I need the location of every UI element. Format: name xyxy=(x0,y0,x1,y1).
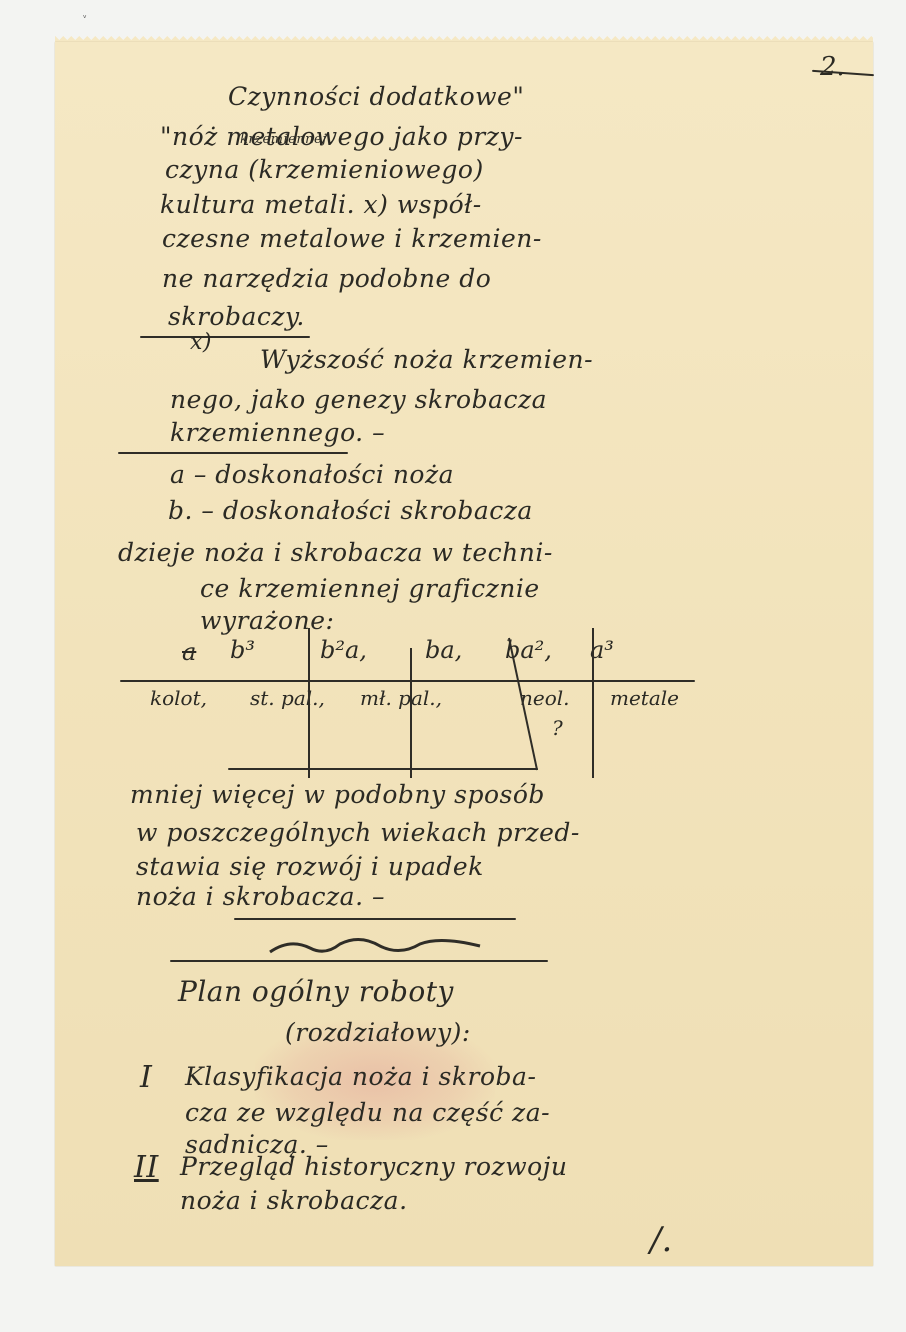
definition-b: b. – doskonałości skrobacza xyxy=(168,496,533,525)
section-divider-top xyxy=(228,768,538,770)
footnote-end-rule xyxy=(118,452,348,454)
footnote-line-1: Wyższość noża krzemien- xyxy=(260,345,593,374)
p2-line-2: ce krzemiennej graficznie xyxy=(200,574,540,603)
item-2-line-2: noża i skrobacza. xyxy=(180,1186,408,1215)
era-kolot: kolot, xyxy=(150,686,207,710)
p1-line-7: skrobaczy. xyxy=(168,302,305,331)
item-1-line-2: cza ze względu na część za- xyxy=(185,1098,550,1127)
item-1-line-1: Klasyfikacja noża i skroba- xyxy=(185,1062,536,1091)
era-ml-pal: mł. pal., xyxy=(360,686,442,710)
item-1-numeral: I xyxy=(140,1060,152,1095)
item-2-line-1: Przegląd historyczny rozwoju xyxy=(180,1152,568,1181)
section-title: Plan ogólny roboty xyxy=(178,975,454,1008)
formula-ba: ba, xyxy=(425,636,462,664)
squiggle-flourish xyxy=(260,930,490,960)
p1-end-rule xyxy=(140,336,310,338)
p3-line-1: mniej więcej w podobny sposób xyxy=(130,780,545,809)
p1-line-1: Czynności dodatkowe" xyxy=(228,82,524,111)
item-2-numeral: II xyxy=(134,1150,159,1185)
p1-line-4: kultura metali. x) współ- xyxy=(160,190,482,219)
footnote-marker: x) xyxy=(190,330,212,355)
p3-line-2: w poszczególnych wiekach przed- xyxy=(136,818,580,847)
scan-speck: ᵛ xyxy=(83,14,87,24)
table-divider-4 xyxy=(592,628,594,778)
table-divider-2 xyxy=(410,648,412,778)
formula-table: a b³ b²a, ba, ba², a³ kolot, st. pal., m… xyxy=(160,628,720,778)
p1-line-6: ne narzędzia podobne do xyxy=(162,264,491,293)
page-number: 2. xyxy=(820,52,845,82)
divider-rule-2 xyxy=(170,960,548,962)
formula-b3: b³ xyxy=(230,636,255,664)
section-subtitle: (rozdziałowy): xyxy=(285,1018,471,1047)
crossed-prefix: a xyxy=(182,638,196,666)
p1-line-2: "nóż metalowego jako przy- xyxy=(160,122,523,151)
footnote-line-3: krzemiennego. – xyxy=(170,418,385,447)
formula-b2a: b²a, xyxy=(320,636,367,664)
era-neol: neol. xyxy=(520,686,570,710)
interlinear-note: krzemiennej xyxy=(240,132,327,147)
table-horizontal-rule xyxy=(120,680,695,682)
table-divider-1 xyxy=(308,628,310,778)
p1-line-5: czesne metalowe i krzemien- xyxy=(162,224,542,253)
p1-line-3: czyna (krzemieniowego) xyxy=(165,155,484,184)
end-mark: /. xyxy=(650,1220,672,1260)
p3-line-4: noża i skrobacza. – xyxy=(136,882,385,911)
neol-question-mark: ? xyxy=(552,716,563,740)
divider-rule-1 xyxy=(234,918,516,920)
era-metale: metale xyxy=(610,686,679,710)
footnote-line-2: nego, jako genezy skrobacza xyxy=(170,385,547,414)
era-st-pal: st. pal., xyxy=(250,686,325,710)
p2-line-1: dzieje noża i skrobacza w techni- xyxy=(118,538,553,567)
p3-line-3: stawia się rozwój i upadek xyxy=(136,852,484,881)
definition-a: a – doskonałości noża xyxy=(170,460,454,489)
